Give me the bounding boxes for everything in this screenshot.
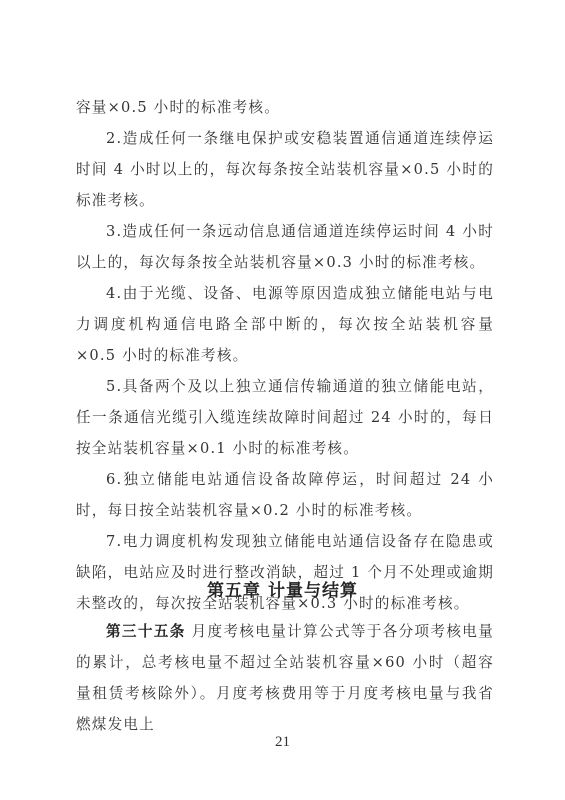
article-lead: 第三十五条 <box>106 623 186 640</box>
paragraph-item-5: 5.具备两个及以上独立通信传输通道的独立储能电站，任一条通信光缆引入缆连续故障时… <box>76 371 494 464</box>
body-text-block: 容量×0.5 小时的标准考核。 2.造成任何一条继电保护或安稳装置通信通道连续停… <box>76 92 494 619</box>
paragraph-item-4: 4.由于光缆、设备、电源等原因造成独立储能电站与电力调度机构通信电路全部中断的，… <box>76 278 494 371</box>
chapter-heading: 第五章 计量与结算 <box>0 576 565 601</box>
article-35: 第三十五条 月度考核电量计算公式等于各分项考核电量的累计，总考核电量不超过全站装… <box>76 616 494 740</box>
paragraph-item-6: 6.独立储能电站通信设备故障停运，时间超过 24 小时，每日按全站装机容量×0.… <box>76 464 494 526</box>
paragraph-item-7: 7.电力调度机构发现独立储能电站通信设备存在隐患或缺陷，电站应及时进行整改消缺，… <box>76 526 494 619</box>
page-number: 21 <box>0 734 565 751</box>
paragraph-continuation: 容量×0.5 小时的标准考核。 <box>76 92 494 123</box>
document-page: 容量×0.5 小时的标准考核。 2.造成任何一条继电保护或安稳装置通信通道连续停… <box>0 0 565 800</box>
article-paragraph: 第三十五条 月度考核电量计算公式等于各分项考核电量的累计，总考核电量不超过全站装… <box>76 616 494 740</box>
paragraph-item-3: 3.造成任何一条远动信息通信通道连续停运时间 4 小时以上的，每次每条按全站装机… <box>76 216 494 278</box>
paragraph-item-2: 2.造成任何一条继电保护或安稳装置通信通道连续停运时间 4 小时以上的，每次每条… <box>76 123 494 216</box>
